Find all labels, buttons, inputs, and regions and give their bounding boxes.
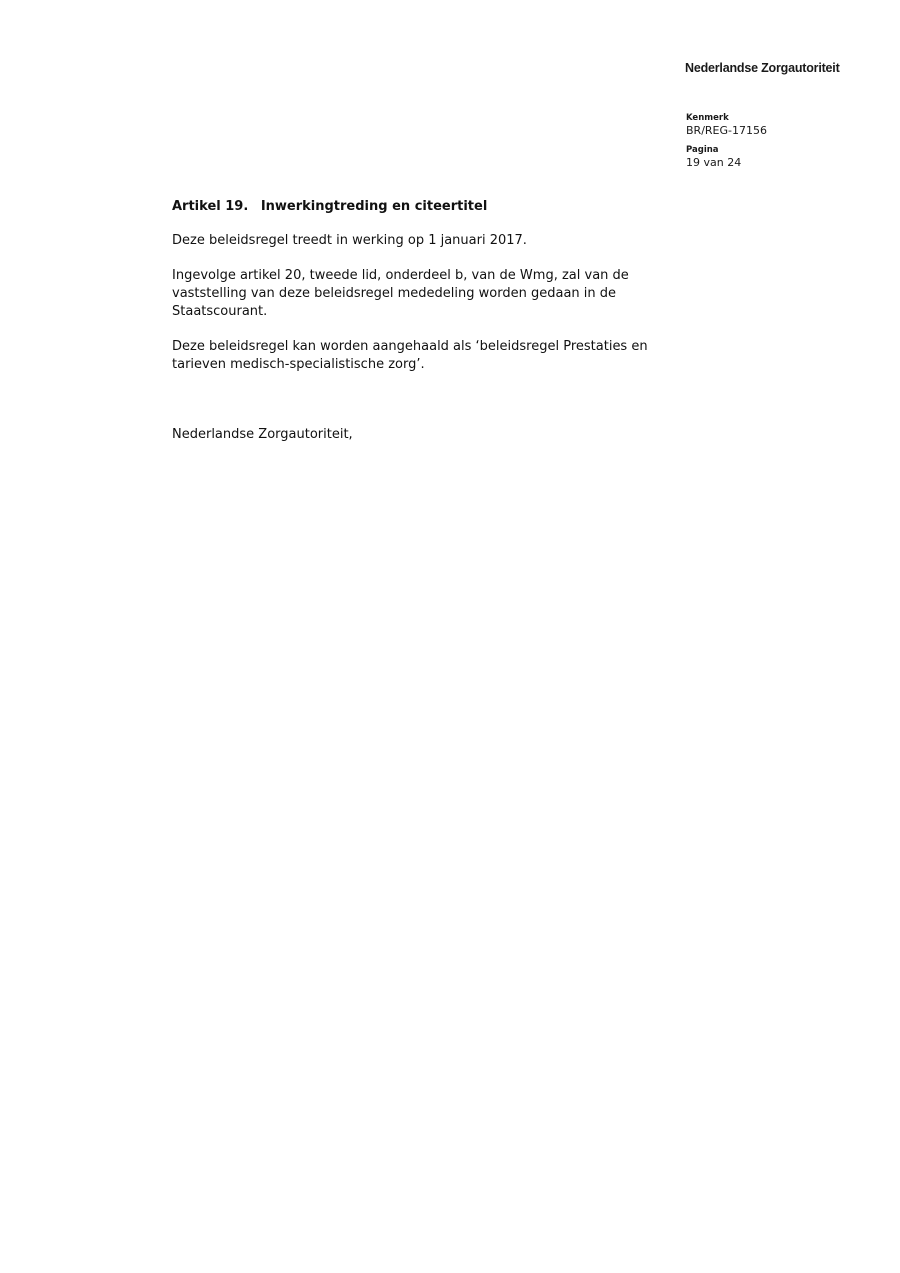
kenmerk-label: Kenmerk <box>686 113 767 124</box>
paragraph-effective-date: Deze beleidsregel treedt in werking op 1… <box>172 232 692 250</box>
signature: Nederlandse Zorgautoriteit, <box>172 426 692 444</box>
article-number: Artikel 19. <box>172 199 248 214</box>
article-heading: Artikel 19. Inwerkingtreding en citeerti… <box>172 198 692 216</box>
paragraph-publication: Ingevolge artikel 20, tweede lid, onderd… <box>172 267 692 321</box>
kenmerk-value: BR/REG-17156 <box>686 124 767 137</box>
document-meta: Kenmerk BR/REG-17156 Pagina 19 van 24 <box>686 113 767 177</box>
organization-name: Nederlandse Zorgautoriteit <box>685 61 840 75</box>
paragraph-citation-title: Deze beleidsregel kan worden aangehaald … <box>172 338 692 374</box>
article-title: Inwerkingtreding en citeertitel <box>261 199 487 214</box>
article-body: Artikel 19. Inwerkingtreding en citeerti… <box>172 198 692 461</box>
pagina-label: Pagina <box>686 145 767 156</box>
pagina-value: 19 van 24 <box>686 156 767 169</box>
